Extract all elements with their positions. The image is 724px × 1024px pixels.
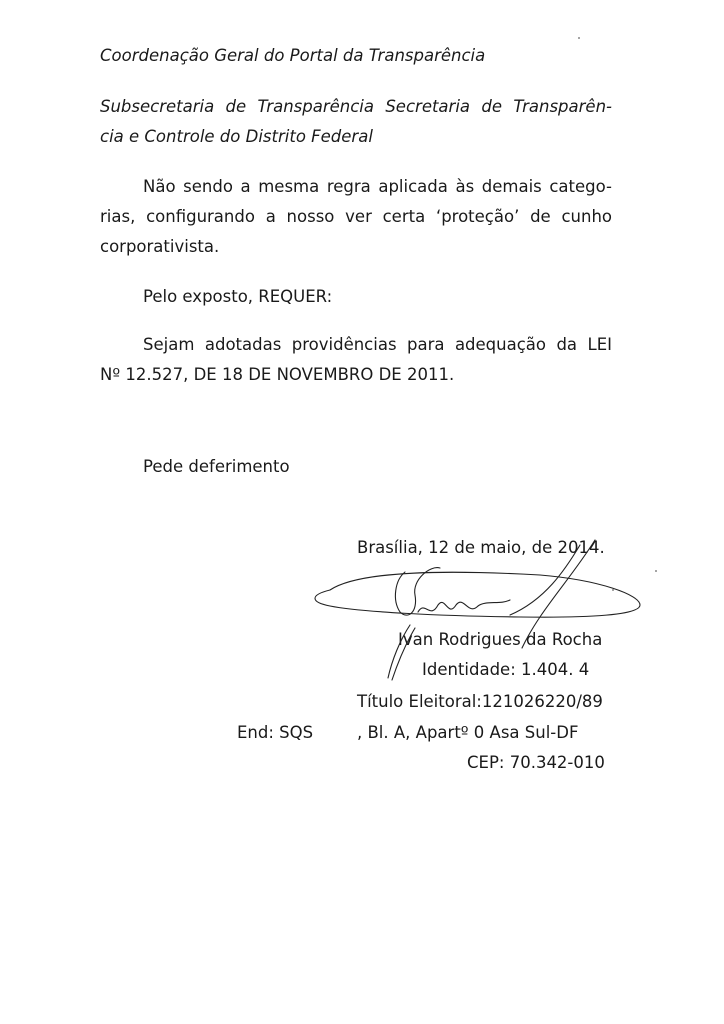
scan-speck: [655, 570, 657, 572]
paragraph-1-line-3: corporativista.: [100, 237, 219, 256]
handwritten-signature-icon: [0, 0, 724, 1024]
address: , Bl. A, Apartº 0 Asa Sul-DF: [357, 723, 578, 742]
paragraph-1-line-1: Não sendo a mesma regra aplicada às dema…: [143, 177, 612, 196]
address-label: End: SQS: [237, 723, 313, 742]
identity: Identidade: 1.404. 4: [422, 660, 589, 679]
signer-name: Ivan Rodrigues da Rocha: [398, 630, 602, 649]
paragraph-2: Pelo exposto, REQUER:: [143, 287, 332, 306]
header-line-1: Coordenação Geral do Portal da Transparê…: [100, 46, 485, 65]
header-line-2b: cia e Controle do Distrito Federal: [100, 127, 373, 146]
scan-speck: [612, 589, 614, 591]
place-date: Brasília, 12 de maio, de 2014.: [357, 538, 605, 557]
closing: Pede deferimento: [143, 457, 290, 476]
voter-id: Título Eleitoral:121026220/89: [357, 692, 603, 711]
paragraph-3-line-1: Sejam adotadas providências para adequaç…: [143, 335, 612, 354]
header-line-2a: Subsecretaria de Transparência Secretari…: [100, 97, 612, 116]
paragraph-3-line-2: Nº 12.527, DE 18 DE NOVEMBRO DE 2011.: [100, 365, 454, 384]
paragraph-1-line-2: rias, configurando a nosso ver certa ‘pr…: [100, 207, 612, 226]
cep: CEP: 70.342-010: [467, 753, 605, 772]
scan-speck: [578, 37, 580, 39]
